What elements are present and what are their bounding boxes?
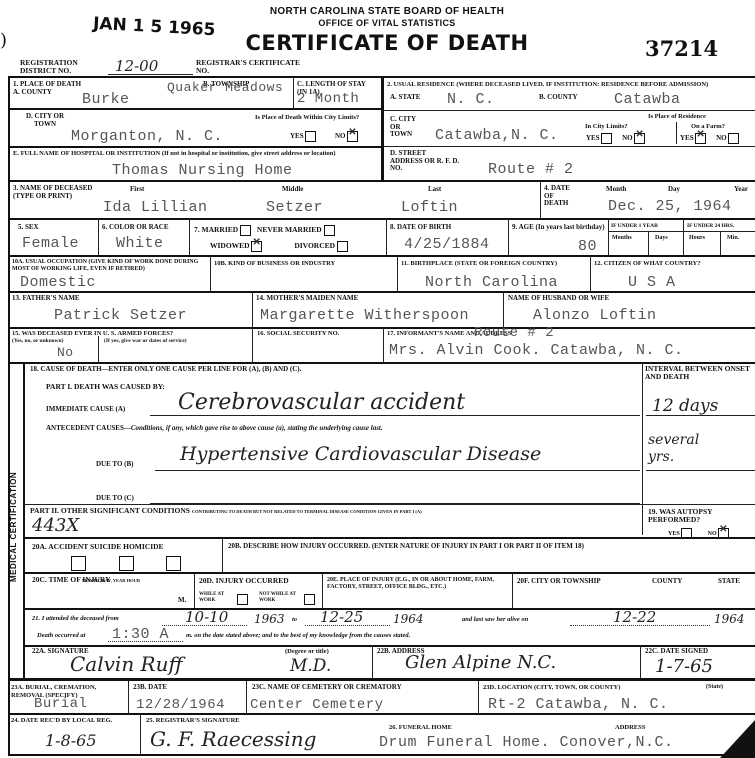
sex-value[interactable]: Female [22, 235, 79, 252]
deceased-name-label: 3. NAME OF DECEASED (Type or Print) [13, 185, 93, 200]
informant-name-address[interactable]: Mrs. Alvin Cook. Catawba, N. C. [389, 342, 684, 359]
widowed-checkbox[interactable] [251, 241, 262, 252]
homicide-checkbox[interactable] [166, 556, 181, 571]
last-saw-date[interactable]: 12-22 [613, 608, 656, 626]
residence-city[interactable]: Catawba,N. C. [435, 127, 559, 144]
while-at-work-checkbox[interactable] [237, 594, 248, 605]
residence-state-label: a. STATE [390, 94, 420, 102]
residence-state[interactable]: N. C. [447, 91, 495, 108]
burial-date-label: 23b. DATE [133, 684, 167, 692]
interval-b-value[interactable]: several yrs. [648, 432, 708, 466]
mother-label: 14. MOTHER'S MAIDEN NAME [256, 295, 358, 303]
place-of-residence-label: Is Place of Residence [648, 113, 706, 121]
birthplace-value[interactable]: North Carolina [425, 274, 558, 291]
physician-signature[interactable]: Calvin Ruff [70, 652, 183, 676]
business-label: 10b. KIND OF BUSINESS OR INDUSTRY [214, 260, 335, 268]
father-name[interactable]: Patrick Setzer [54, 307, 187, 324]
mother-maiden-name[interactable]: Margarette Witherspoon [260, 307, 469, 324]
attended-to-year[interactable]: 1964 [393, 612, 424, 626]
informant-address-line1[interactable]: Route # 2 [474, 325, 554, 341]
date-received-label: 24. DATE REC'D BY LOCAL REG. [11, 717, 136, 725]
city-of-death-label: d. CITY OR TOWN [25, 113, 65, 128]
occupation-value[interactable]: Domestic [20, 274, 96, 291]
in-city-limits-label: In City Limits? [585, 123, 628, 131]
interval-a-value[interactable]: 12 days [652, 396, 718, 416]
married-checkbox[interactable] [240, 225, 251, 236]
antecedent-label: ANTECEDENT CAUSES—Conditions, if any, wh… [46, 425, 383, 433]
margin-mark: ) [0, 30, 7, 51]
usual-residence-label: 2. USUAL RESIDENCE (Where deceased lived… [387, 81, 752, 89]
in-city-limits-no-checkbox[interactable] [634, 133, 645, 144]
page-corner-fold [720, 720, 755, 758]
not-at-work-checkbox[interactable] [304, 594, 315, 605]
armed-forces-label: 15. WAS DECEASED EVER IN U. S. ARMED FOR… [12, 330, 252, 338]
age-value[interactable]: 80 [578, 238, 597, 255]
death-statement: m. on the date stated above; and to the … [186, 632, 410, 640]
cemetery-location[interactable]: Rt-2 Catawba, N. C. [488, 696, 669, 713]
certificate-number: 37214 [645, 36, 718, 61]
injury-city-label: 20f. CITY OR TOWNSHIP [517, 578, 601, 586]
last-name[interactable]: Loftin [401, 199, 458, 216]
divorced-checkbox[interactable] [337, 241, 348, 252]
birthplace-label: 11. BIRTHPLACE (State or foreign country… [401, 260, 557, 268]
autopsy-label: 19. WAS AUTOPSY PERFORMED? [648, 508, 753, 524]
burial-date[interactable]: 12/28/1964 [136, 697, 225, 713]
date-signed[interactable]: 1-7-65 [655, 656, 713, 677]
interval-label: INTERVAL BETWEEN ONSET AND DEATH [645, 365, 755, 381]
within-city-yes-checkbox[interactable] [305, 131, 316, 142]
cause-of-death-label: 18. CAUSE OF DEATH—ENTER ONLY ONE CAUSE … [30, 366, 301, 374]
dob-label: 8. DATE OF BIRTH [390, 224, 451, 232]
accident-checkbox[interactable] [71, 556, 86, 571]
father-label: 13. FATHER'S NAME [12, 295, 80, 303]
immediate-cause-label: IMMEDIATE CAUSE (a) [46, 406, 125, 414]
document-title: CERTIFICATE OF DEATH [212, 31, 562, 55]
within-city-limits-label: Is Place of Death Within City Limits? [255, 114, 380, 122]
registration-district-label: REGISTRATION DISTRICT NO. [20, 59, 110, 74]
physician-address[interactable]: Glen Alpine N.C. [405, 652, 556, 673]
attended-to[interactable]: 12-25 [320, 608, 363, 626]
due-to-b-value[interactable]: Hypertensive Cardiovascular Disease [180, 443, 541, 465]
township-value[interactable]: Quaker Meadows [167, 81, 297, 94]
within-city-no-checkbox[interactable] [347, 131, 358, 142]
never-married-checkbox[interactable] [324, 225, 335, 236]
race-value[interactable]: White [116, 235, 164, 252]
location-label: 23d. LOCATION (City, town, or county) [483, 684, 620, 692]
death-time[interactable]: 1:30 A [112, 626, 169, 643]
attended-label: 21. I attended the deceased from [32, 615, 119, 623]
registrar-certificate-label: REGISTRAR'S CERTIFICATE NO. [196, 59, 306, 74]
part2-label: PART II. OTHER SIGNIFICANT CONDITIONS CO… [30, 507, 422, 516]
sex-label: 5. SEX [18, 224, 39, 232]
street-address-label: d. STREET ADDRESS or R. F. D. NO. [390, 150, 460, 173]
medical-certification-label: MEDICAL CERTIFICATION [9, 472, 18, 582]
citizen-label: 12. CITIZEN OF WHAT COUNTRY? [594, 260, 701, 268]
due-to-b-label: DUE TO (b) [96, 461, 133, 469]
armed-forces-value[interactable]: No [57, 345, 74, 360]
physician-degree[interactable]: M.D. [290, 656, 331, 676]
within-city-yes: YES [290, 131, 316, 142]
on-farm-no-checkbox[interactable] [728, 133, 739, 144]
immediate-cause-value[interactable]: Cerebrovascular accident [178, 390, 465, 415]
ssn-label: 16. SOCIAL SECURITY NO. [257, 330, 339, 338]
attended-from[interactable]: 10-10 [185, 608, 228, 626]
burial-value[interactable]: Burial [34, 696, 87, 712]
spouse-name[interactable]: Alonzo Loftin [533, 307, 657, 324]
cemetery-name[interactable]: Center Cemetery [250, 697, 384, 713]
injury-occurred-label: 20d. INJURY OCCURRED [199, 577, 289, 585]
in-city-limits-yes-checkbox[interactable] [601, 133, 612, 144]
county-of-death[interactable]: Burke [82, 91, 130, 108]
hospital-name[interactable]: Thomas Nursing Home [112, 162, 293, 179]
city-of-death[interactable]: Morganton, N. C. [71, 128, 223, 145]
within-city-no: NO [335, 131, 358, 142]
length-of-stay-value[interactable]: 2 Month [297, 91, 359, 107]
residence-county-label: b. COUNTY [539, 94, 578, 102]
date-signed-label: 22c. DATE SIGNED [645, 648, 708, 656]
date-received[interactable]: 1-8-65 [45, 731, 97, 750]
middle-name[interactable]: Setzer [266, 199, 323, 216]
cemetery-label: 23c. NAME OF CEMETERY OR CREMATORY [252, 684, 402, 692]
part1-label: PART I. DEATH WAS CAUSED BY: [46, 383, 165, 391]
filed-date-stamp: JAN 1 5 1965 [93, 14, 216, 40]
agency-name: NORTH CAROLINA STATE BOARD OF HEALTH [222, 6, 552, 17]
describe-injury-label: 20b. DESCRIBE HOW INJURY OCCURRED. (Ente… [228, 543, 584, 551]
place-of-injury-label: 20e. PLACE OF INJURY (e.g., in or about … [327, 577, 507, 591]
residence-city-label: c. CITY OR TOWN [390, 116, 422, 139]
registrar-signature-label: 25. REGISTRAR'S SIGNATURE [146, 717, 240, 725]
funeral-home-label: 26. FUNERAL HOME [389, 724, 452, 732]
death-occurred-label: Death occurred at [37, 632, 85, 640]
occupation-label: 10a. USUAL OCCUPATION (Give kind of work… [12, 259, 207, 272]
registration-district-value: 12-00 [115, 57, 158, 75]
citizen-value[interactable]: U S A [628, 274, 676, 291]
hospital-label: e. FULL NAME OF HOSPITAL OR INSTITUTION … [13, 150, 378, 158]
part2-value[interactable]: 443X [32, 515, 79, 536]
spouse-label: NAME OF HUSBAND OR WIFE [508, 295, 609, 303]
accident-label: 20a. ACCIDENT SUICIDE HOMICIDE [32, 543, 164, 551]
suicide-checkbox[interactable] [119, 556, 134, 571]
date-of-birth[interactable]: 4/25/1884 [404, 236, 490, 253]
funeral-home-value[interactable]: Drum Funeral Home. Conover,N.C. [379, 734, 674, 751]
date-of-death[interactable]: Dec. 25, 1964 [608, 198, 732, 215]
residence-county[interactable]: Catawba [614, 91, 681, 108]
due-to-c-label: DUE TO (c) [96, 495, 134, 503]
first-name[interactable]: Ida Lillian [103, 199, 208, 216]
on-farm-yes-checkbox[interactable] [695, 133, 706, 144]
attended-from-year[interactable]: 1963 [254, 612, 285, 626]
race-label: 6. COLOR OR RACE [102, 224, 169, 232]
street-address[interactable]: Route # 2 [488, 161, 574, 178]
age-label: 9. AGE (In years last birthday) [512, 224, 607, 232]
last-saw-year[interactable]: 1964 [714, 612, 745, 626]
agency-office: OFFICE OF VITAL STATISTICS [222, 18, 552, 28]
registrar-signature[interactable]: G. F. Raecessing [150, 727, 316, 751]
date-of-death-label: 4. DATE OF DEATH [544, 185, 579, 208]
